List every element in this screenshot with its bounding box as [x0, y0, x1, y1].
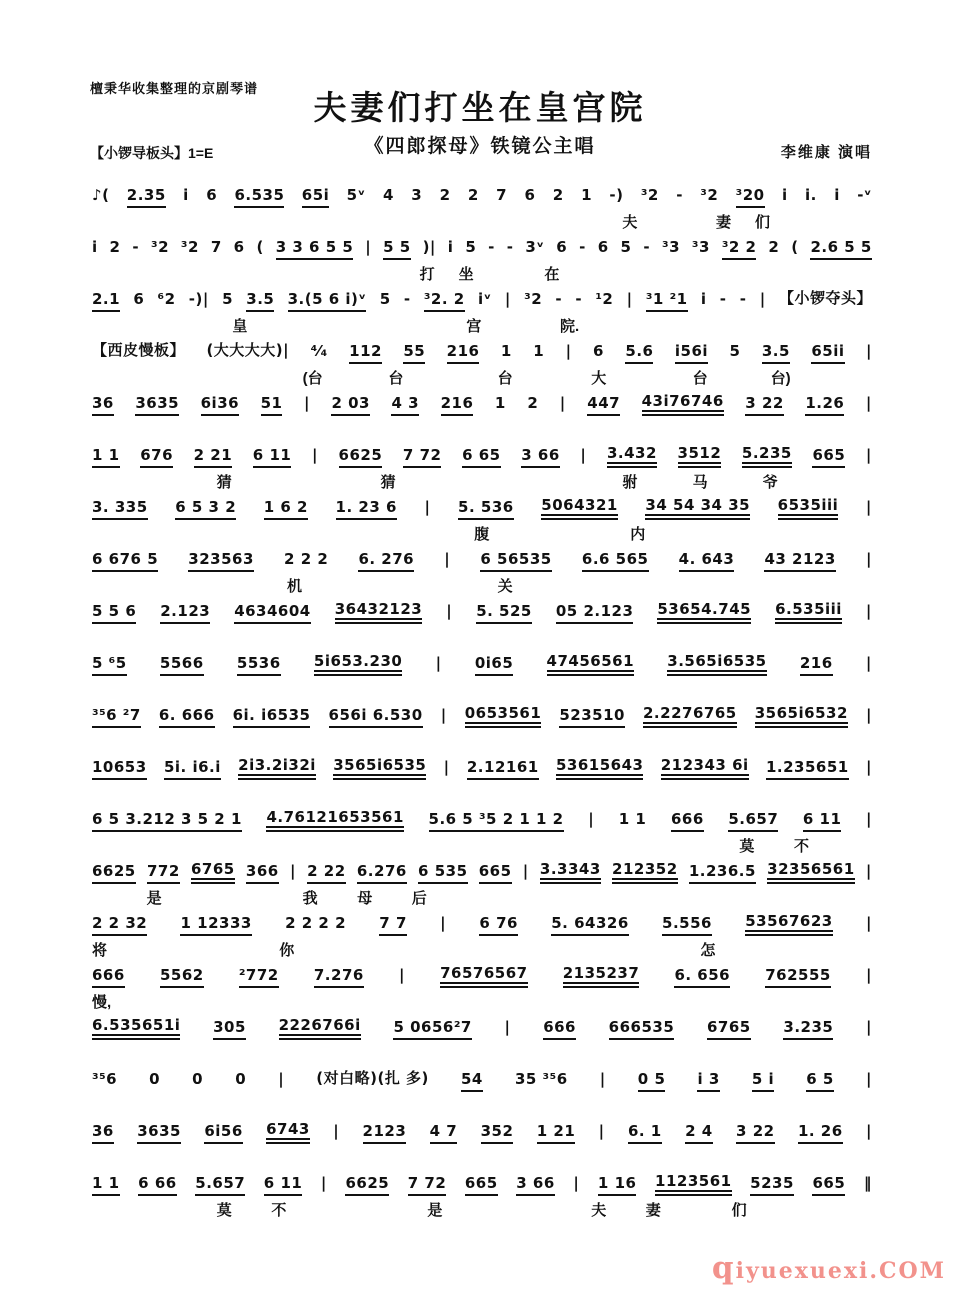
music-system-16: 6665562²7727.276|7657656721352376. 65676… [92, 960, 872, 1012]
performer-credit: 李维康 演唱 [781, 141, 872, 162]
notation-line: 66257726765366|2 226.2766 535665|3.33432… [92, 856, 872, 884]
music-system-15: 2 2 321 123332 2 2 27 7|6 765. 643265.55… [92, 908, 872, 960]
lyrics-line: 将你怎 [92, 936, 872, 958]
music-system-19: 3636356i566743|21234 73521 21|6. 12 43 2… [92, 1116, 872, 1168]
notation-line: 2.16⁶2-)|53.53.(5 6 i)ᵛ5-³2. 2iᵛ|³2--¹2|… [92, 284, 872, 312]
notation-line: 6665562²7727.276|7657656721352376. 65676… [92, 960, 872, 988]
lyrics-line: 莫不 [92, 832, 872, 854]
lyrics-line [92, 416, 872, 438]
lyrics-line: 慢, [92, 988, 872, 1010]
notation-line: 6 5 3.212 3 5 2 14.761216535615.6 5 ³5 2… [92, 804, 872, 832]
music-system-2: i2-³2³276(3 3 6 5 5|5 5)|i5--3ᵛ6-65-³3³3… [92, 232, 872, 284]
lyrics-line: 腹内 [92, 520, 872, 542]
music-system-20: 1 16 665.6576 11|66257 726653 66|1 16112… [92, 1168, 872, 1220]
watermark-tld: .COM [869, 1258, 946, 1284]
lyrics-line [92, 1092, 872, 1114]
lyrics-line [92, 1144, 872, 1166]
music-system-9: 5 5 62.123463460436432123|5. 52505 2.123… [92, 596, 872, 648]
lyrics-line [92, 728, 872, 750]
notation-line: 3636356i3651|2 034 321612|44743i767463 2… [92, 388, 872, 416]
lyrics-line: 皇宫院. [92, 312, 872, 334]
score-body: ♪(2.35i66.53565i5ᵛ43227621-)³2-³2³20ii.i… [92, 180, 872, 1220]
notation-line: i2-³2³276(3 3 6 5 5|5 5)|i5--3ᵛ6-65-³3³3… [92, 232, 872, 260]
site-watermark: qiyuexuexi.COM [712, 1253, 946, 1284]
notation-line: ³⁵6 ²76. 6666i. i6535656i 6.530|06535615… [92, 700, 872, 728]
music-system-11: ³⁵6 ²76. 6666i. i6535656i 6.530|06535615… [92, 700, 872, 752]
notation-line: 2 2 321 123332 2 2 27 7|6 765. 643265.55… [92, 908, 872, 936]
notation-line: 3. 3356 5 3 21 6 21. 23 6|5. 53650643213… [92, 492, 872, 520]
lyrics-line: 夫妻们 [92, 208, 872, 230]
music-system-3: 2.16⁶2-)|53.53.(5 6 i)ᵛ5-³2. 2iᵛ|³2--¹2|… [92, 284, 872, 336]
music-system-4: 【西皮慢板】(大大大大)|⁴⁄₄1125521611|65.6i56i53.56… [92, 336, 872, 388]
music-system-6: 1 16762 216 11|66257 726 653 66|3.432351… [92, 440, 872, 492]
notation-line: 5 5 62.123463460436432123|5. 52505 2.123… [92, 596, 872, 624]
lyrics-line: (台台台大台台) [92, 364, 872, 386]
notation-line: 1 16762 216 11|66257 726 653 66|3.432351… [92, 440, 872, 468]
music-system-18: ³⁵6000|(对白略)(扎 多)5435 ³⁵6|0 5i 35 i6 5| [92, 1064, 872, 1116]
music-system-8: 6 676 53235632 2 26. 276|6 565356.6 5654… [92, 544, 872, 596]
notation-line: 5 ⁶5556655365i653.230|0i65474565613.565i… [92, 648, 872, 676]
music-system-17: 6.535651i3052226766i5 0656²7|66666653567… [92, 1012, 872, 1064]
lyrics-line [92, 624, 872, 646]
notation-line: 1 16 665.6576 11|66257 726653 66|1 16112… [92, 1168, 872, 1196]
watermark-lead: q [712, 1250, 736, 1286]
notation-line: 6 676 53235632 2 26. 276|6 565356.6 5654… [92, 544, 872, 572]
notation-line: ♪(2.35i66.53565i5ᵛ43227621-)³2-³2³20ii.i… [92, 180, 872, 208]
notation-line: 106535i. i6.i2i3.2i32i3565i6535|2.121615… [92, 752, 872, 780]
key-signature: 1=E [188, 145, 213, 161]
tempo-label: 【小锣导板头】 [90, 145, 188, 161]
lyrics-line [92, 676, 872, 698]
score-page: 檀秉华收集整理的京剧琴谱 夫妻们打坐在皇宫院 《四郎探母》铁镜公主唱 【小锣导板… [0, 0, 960, 1296]
lyrics-line [92, 780, 872, 802]
lyrics-line: 莫不是夫妻们 [92, 1196, 872, 1218]
notation-line: 6.535651i3052226766i5 0656²7|66666653567… [92, 1012, 872, 1040]
notation-line: 3636356i566743|21234 73521 21|6. 12 43 2… [92, 1116, 872, 1144]
watermark-body: iyuexuexi [736, 1258, 870, 1284]
music-system-5: 3636356i3651|2 034 321612|44743i767463 2… [92, 388, 872, 440]
music-system-7: 3. 3356 5 3 21 6 21. 23 6|5. 53650643213… [92, 492, 872, 544]
music-system-13: 6 5 3.212 3 5 2 14.761216535615.6 5 ³5 2… [92, 804, 872, 856]
lyrics-line: 机关 [92, 572, 872, 594]
notation-line: 【西皮慢板】(大大大大)|⁴⁄₄1125521611|65.6i56i53.56… [92, 336, 872, 364]
tempo-and-key: 【小锣导板头】1=E [90, 143, 213, 163]
lyrics-line: 猜猜驸马爷 [92, 468, 872, 490]
lyrics-line: 是我母后 [92, 884, 872, 906]
music-system-12: 106535i. i6.i2i3.2i32i3565i6535|2.121615… [92, 752, 872, 804]
notation-line: ³⁵6000|(对白略)(扎 多)5435 ³⁵6|0 5i 35 i6 5| [92, 1064, 872, 1092]
music-system-10: 5 ⁶5556655365i653.230|0i65474565613.565i… [92, 648, 872, 700]
music-system-14: 66257726765366|2 226.2766 535665|3.33432… [92, 856, 872, 908]
music-system-1: ♪(2.35i66.53565i5ᵛ43227621-)³2-³2³20ii.i… [92, 180, 872, 232]
score-title: 夫妻们打坐在皇宫院 [0, 82, 960, 129]
lyrics-line [92, 1040, 872, 1062]
lyrics-line: 打坐在 [92, 260, 872, 282]
